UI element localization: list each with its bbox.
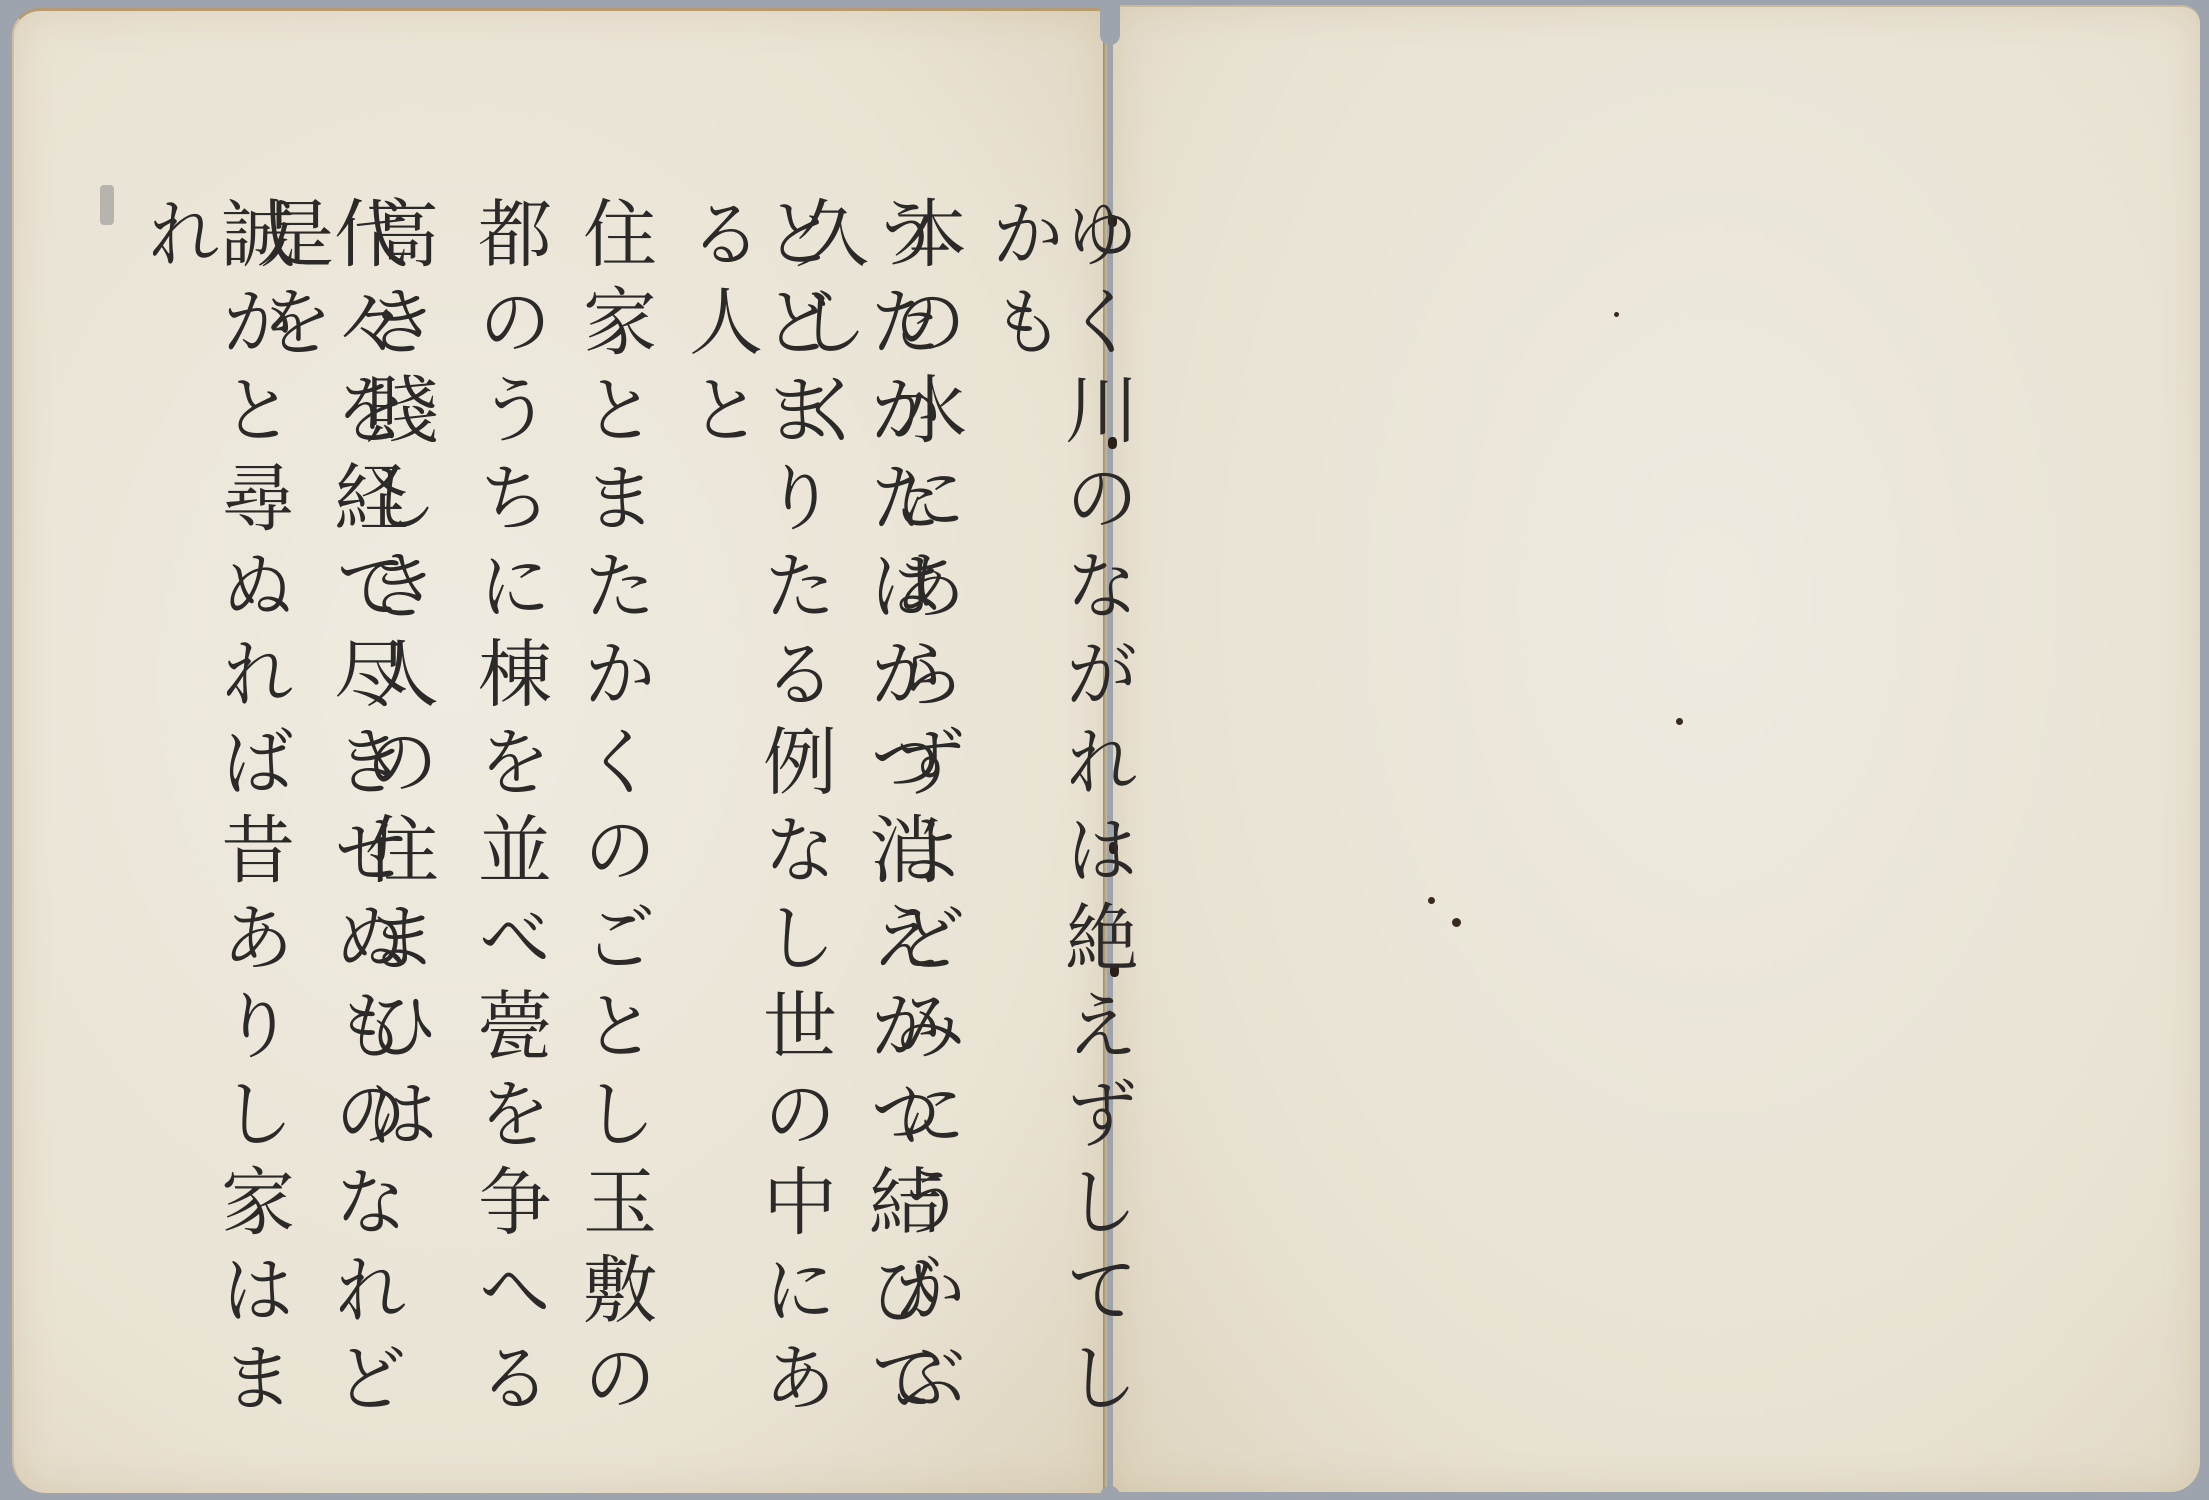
spine-top-gap (1100, 0, 1120, 45)
paper-speck (1428, 897, 1435, 904)
text-column-5: 住家とまたかくのごとし玉敷の (577, 195, 651, 1427)
right-page-blank (1113, 5, 2200, 1492)
paper-speck (1676, 718, 1683, 725)
paper-speck (1452, 918, 1461, 927)
text-column-4: とどまりたる例なし世の中にある人と (683, 195, 831, 1500)
text-column-9: 誠かと尋ぬれば昔ありし家はまれ (141, 195, 289, 1500)
text-column-1: ゆく川のながれは絶えずしてしかも (985, 195, 1133, 1500)
ink-smudge (100, 185, 114, 225)
paper-speck (1614, 312, 1619, 317)
text-column-6: 都のうちに棟を並べ甍を争へる (472, 195, 546, 1427)
